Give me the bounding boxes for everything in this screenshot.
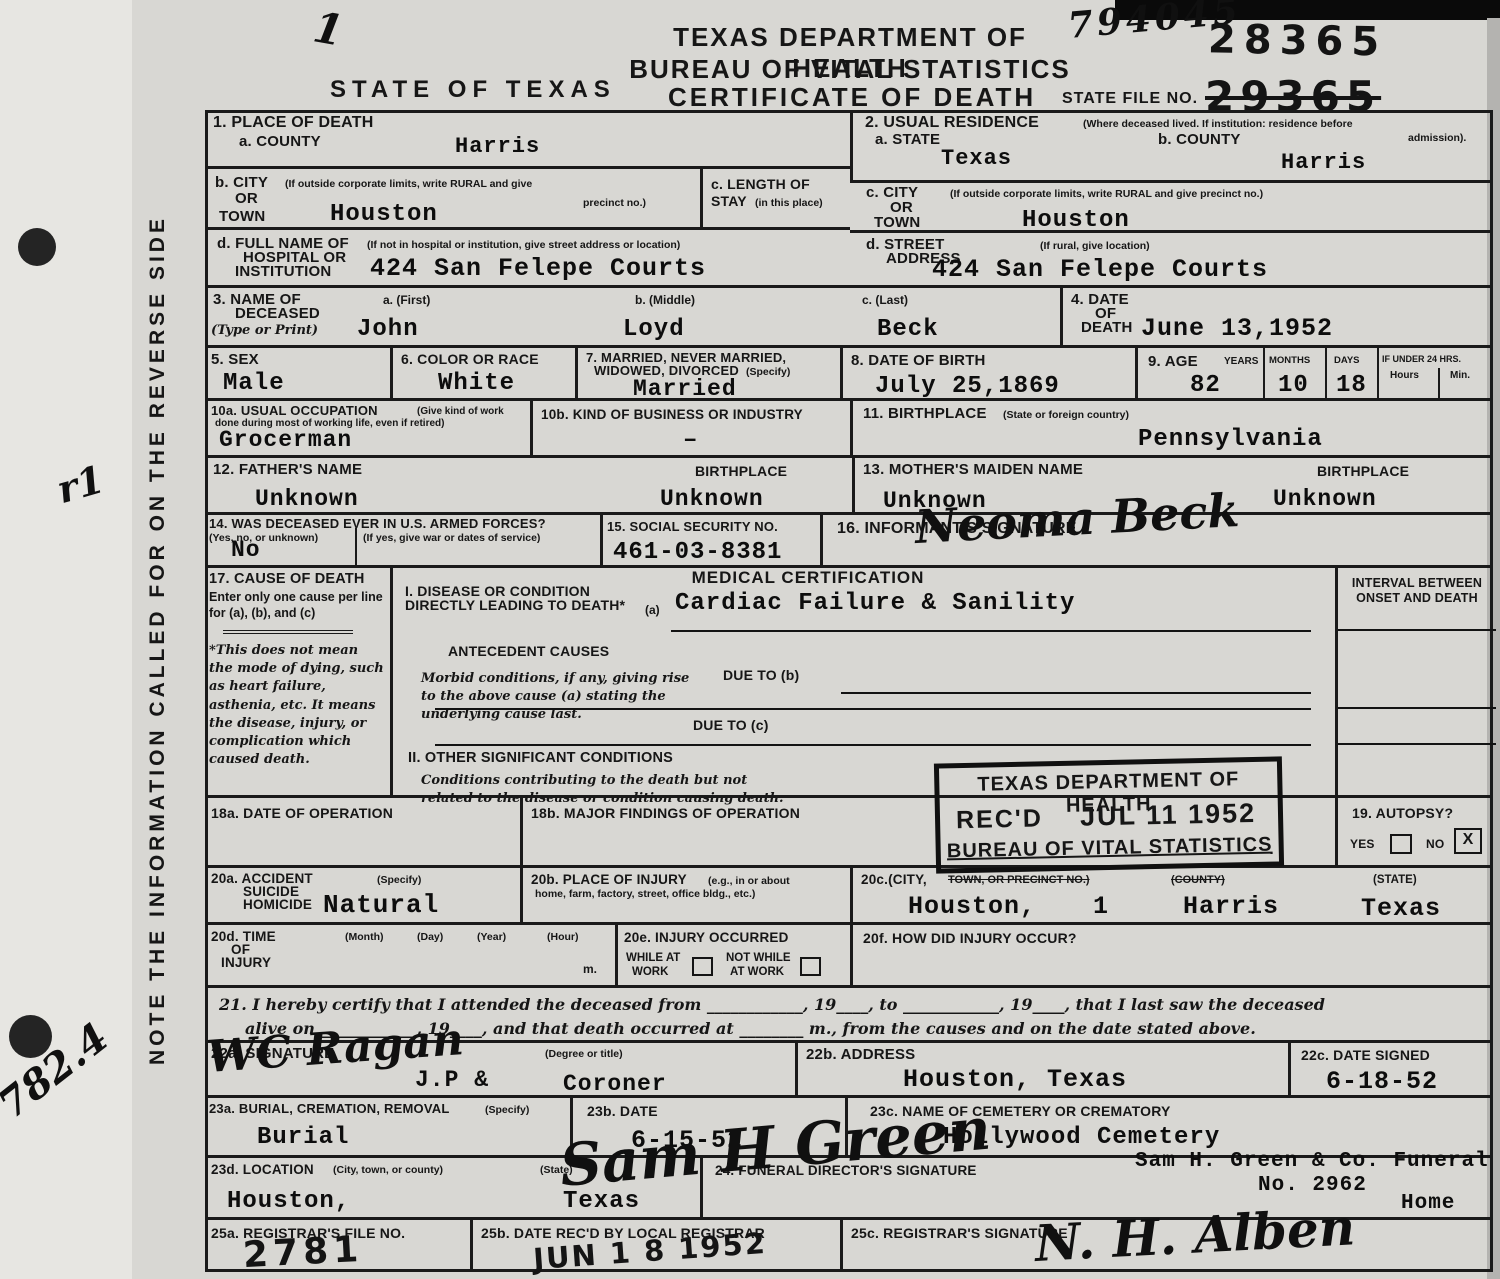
father-name-value: Unknown <box>255 486 359 512</box>
burial-type-label: 23a. BURIAL, CREMATION, REMOVAL <box>209 1102 449 1117</box>
received-stamp-recd: REC'D <box>956 804 1043 835</box>
cause-of-death-label: 17. CAUSE OF DEATH <box>209 571 365 587</box>
field-injury-occurred: 20e. INJURY OCCURRED WHILE AT WORK NOT W… <box>615 922 850 985</box>
residence-state-value: Texas <box>941 146 1012 171</box>
field-residence-city: c. CITY (If outside corporate limits, wr… <box>850 180 1493 230</box>
interval-label1: INTERVAL BETWEEN <box>1338 576 1496 590</box>
field-street-address: d. STREET ADDRESS (If rural, give locati… <box>850 230 1493 285</box>
age-hours-label: Hours <box>1390 370 1419 382</box>
divider <box>1263 348 1265 401</box>
field-registrar-file-no: 25a. REGISTRAR'S FILE NO. 2781 <box>205 1217 470 1272</box>
usual-residence-note: (Where deceased lived. If institution: r… <box>1083 118 1353 130</box>
underline <box>841 692 1311 694</box>
injury-city-label: 20c.(CITY, <box>861 872 927 887</box>
birthplace-value: Pennsylvania <box>1138 426 1323 453</box>
race-value: White <box>438 370 515 397</box>
armed-forces-note: (Yes, no, or unknown) <box>209 532 318 544</box>
place-of-injury-label: 20b. PLACE OF INJURY <box>531 872 687 887</box>
cause-note1: Enter only one cause per line for (a), (… <box>209 589 385 622</box>
date-of-death-value: June 13,1952 <box>1141 314 1333 343</box>
industry-label: 10b. KIND OF BUSINESS OR INDUSTRY <box>541 407 803 422</box>
place-of-death-title: 1. PLACE OF DEATH <box>213 114 373 132</box>
field-autopsy: 19. AUTOPSY? YES NO X <box>1335 795 1493 865</box>
city-note2: precinct no.) <box>583 197 646 209</box>
city-note: (If outside corporate limits, write RURA… <box>285 178 532 190</box>
occupation-note: (Give kind of work <box>417 406 504 418</box>
field-city-of-death: b. CITY (If outside corporate limits, wr… <box>205 166 700 227</box>
field-physician-address: 22b. ADDRESS Houston, Texas <box>795 1040 1288 1095</box>
city-or: OR <box>235 191 258 208</box>
field-how-injury-occurred: 20f. HOW DID INJURY OCCUR? <box>850 922 1493 985</box>
street-address-value: 424 San Felepe Courts <box>932 255 1268 284</box>
divider <box>1438 368 1440 401</box>
age-years-value: 82 <box>1190 372 1221 399</box>
burial-location-city-value: Houston, <box>227 1188 350 1215</box>
middle-name-label: b. (Middle) <box>635 294 695 308</box>
accident-note: (Specify) <box>377 874 421 886</box>
degree-or-title-note: (Degree or title) <box>545 1048 623 1060</box>
field-length-of-stay: c. LENGTH OF STAY (in this place) <box>700 166 850 227</box>
injury-year-label: (Year) <box>477 931 506 943</box>
injury-county-value: Harris <box>1183 892 1279 921</box>
underline <box>1338 707 1496 709</box>
marital-note: (Specify) <box>746 366 790 378</box>
occupation-value: Grocerman <box>219 427 352 453</box>
coroner-typed: Coroner <box>563 1071 667 1097</box>
funeral-home-typed3: Home <box>1401 1192 1455 1215</box>
header-state-of-texas: STATE OF TEXAS <box>330 76 616 104</box>
field-injury-location: 20c.(CITY, TOWN, OR PRECINCT NO.) (COUNT… <box>850 865 1493 922</box>
handwritten-page-mark: 1 <box>310 2 347 55</box>
place-of-injury-note2: home, farm, factory, street, office bldg… <box>535 888 755 900</box>
residence-county-value: Harris <box>1281 150 1366 175</box>
autopsy-yes-label: YES <box>1350 838 1375 851</box>
injury-hour-label: (Hour) <box>547 931 579 943</box>
underline <box>1338 743 1496 745</box>
burial-type-note: (Specify) <box>485 1104 529 1116</box>
disease-label2: DIRECTLY LEADING TO DEATH* <box>405 598 625 614</box>
age-months-label: MONTHS <box>1269 356 1310 367</box>
ssn-label: 15. SOCIAL SECURITY NO. <box>607 520 778 535</box>
residence-city-note: (If outside corporate limits, write RURA… <box>950 188 1263 200</box>
divider <box>223 630 353 634</box>
received-stamp-line3: BUREAU OF VITAL STATISTICS <box>940 833 1278 863</box>
mother-name-label: 13. MOTHER'S MAIDEN NAME <box>863 462 1083 479</box>
autopsy-no-x-mark: X <box>1463 831 1474 848</box>
field-occupation: 10a. USUAL OCCUPATION (Give kind of work… <box>205 398 530 455</box>
father-birthplace-value: Unknown <box>660 486 764 512</box>
place-of-injury-note: (e.g., in or about <box>708 875 790 887</box>
punch-hole <box>18 228 56 266</box>
registrar-file-no-value: 2781 <box>242 1229 364 1276</box>
header-certificate-title: CERTIFICATE OF DEATH <box>668 82 1036 113</box>
age-years-label: YEARS <box>1224 356 1258 368</box>
injury-m-label: m. <box>583 963 597 977</box>
industry-value: – <box>683 427 698 454</box>
age-label: 9. AGE <box>1148 354 1198 371</box>
age-days-label: DAYS <box>1334 356 1360 367</box>
certification-line1: 21. I hereby certify that I attended the… <box>219 994 1325 1016</box>
burial-location-label: 23d. LOCATION <box>211 1162 314 1177</box>
county-value: Harris <box>455 134 540 159</box>
due-to-b-label: DUE TO (b) <box>723 668 799 684</box>
field-date-signed: 22c. DATE SIGNED 6-18-52 <box>1288 1040 1493 1095</box>
while-at-work-label2: WORK <box>632 966 668 979</box>
field-marital-status: 7. MARRIED, NEVER MARRIED, WIDOWED, DIVO… <box>575 345 840 398</box>
field-interval-onset-death: INTERVAL BETWEEN ONSET AND DEATH <box>1335 565 1493 795</box>
time-of-injury-label3: INJURY <box>221 955 271 970</box>
age-under-label: IF UNDER 24 HRS. <box>1382 354 1461 364</box>
field-armed-forces: 14. WAS DECEASED EVER IN U.S. ARMED FORC… <box>205 512 600 565</box>
injury-state-label: (STATE) <box>1373 874 1417 887</box>
not-while-at-work-checkbox <box>800 957 821 976</box>
field-ssn: 15. SOCIAL SECURITY NO. 461-03-8381 <box>600 512 820 565</box>
injury-county-label: (COUNTY) <box>1171 874 1225 887</box>
residence-county-label: b. COUNTY <box>1158 132 1241 149</box>
field-industry: 10b. KIND OF BUSINESS OR INDUSTRY – <box>530 398 850 455</box>
other-conditions-label: II. OTHER SIGNIFICANT CONDITIONS <box>408 750 673 766</box>
injury-day-label: (Day) <box>417 931 443 943</box>
antecedent-causes-note: Morbid conditions, if any, giving rise t… <box>421 670 701 725</box>
field-birthplace: 11. BIRTHPLACE (State or foreign country… <box>850 398 1493 455</box>
age-days-value: 18 <box>1336 372 1367 399</box>
field-place-of-injury: 20b. PLACE OF INJURY (e.g., in or about … <box>520 865 850 922</box>
last-name-label: c. (Last) <box>862 294 908 308</box>
reverse-side-note: NOTE THE INFORMATION CALLED FOR ON THE R… <box>146 145 190 1135</box>
deceased-title3: (Type or Print) <box>211 322 318 340</box>
usual-residence-title: 2. USUAL RESIDENCE <box>865 114 1039 132</box>
usual-residence-note2: admission). <box>1408 132 1466 144</box>
first-name-value: John <box>357 316 419 343</box>
homicide-label: HOMICIDE <box>243 897 312 912</box>
sex-label: 5. SEX <box>211 352 259 369</box>
date-of-birth-label: 8. DATE OF BIRTH <box>851 353 986 370</box>
how-injury-occurred-label: 20f. HOW DID INJURY OCCUR? <box>863 931 1077 947</box>
injury-precinct-value: 1 <box>1093 892 1109 921</box>
death-certificate-scan: NOTE THE INFORMATION CALLED FOR ON THE R… <box>0 0 1500 1279</box>
date-of-operation-label: 18a. DATE OF OPERATION <box>211 806 393 822</box>
mother-birthplace-value: Unknown <box>1273 486 1377 512</box>
field-date-of-death: 4. DATE OF DEATH June 13,1952 <box>1060 285 1493 345</box>
not-while-at-work-label2: AT WORK <box>730 966 784 979</box>
while-at-work-label: WHILE AT <box>626 952 680 965</box>
length-of-stay-label: c. LENGTH OF <box>711 177 810 193</box>
injury-precinct-label-struck: TOWN, OR PRECINCT NO.) <box>948 874 1090 887</box>
hospital-value: 424 San Felepe Courts <box>370 254 706 283</box>
length-of-stay-note: (in this place) <box>755 197 823 209</box>
date-signed-value: 6-18-52 <box>1326 1067 1438 1096</box>
sex-value: Male <box>223 370 285 397</box>
physician-address-value: Houston, Texas <box>903 1065 1127 1094</box>
autopsy-no-label: NO <box>1426 838 1444 851</box>
while-at-work-checkbox <box>692 957 713 976</box>
field-race: 6. COLOR OR RACE White <box>390 345 575 398</box>
field-date-of-birth: 8. DATE OF BIRTH July 25,1869 <box>840 345 1135 398</box>
city-value: Houston <box>330 201 438 228</box>
first-name-label: a. (First) <box>383 294 430 308</box>
injury-month-label: (Month) <box>345 931 383 943</box>
field-date-of-operation: 18a. DATE OF OPERATION <box>205 795 520 865</box>
physician-address-label: 22b. ADDRESS <box>806 1047 915 1064</box>
father-name-label: 12. FATHER'S NAME <box>213 462 362 479</box>
field-age: 9. AGE YEARS 82 MONTHS 10 DAYS 18 IF UND… <box>1135 345 1493 398</box>
divider <box>1325 348 1327 401</box>
cause-note2: *This does not mean the mode of dying, s… <box>209 642 386 769</box>
occupation-label: 10a. USUAL OCCUPATION <box>211 404 378 419</box>
autopsy-no-checkbox: X <box>1454 828 1482 854</box>
interval-label2: ONSET AND DEATH <box>1338 591 1496 605</box>
field-burial-type: 23a. BURIAL, CREMATION, REMOVAL (Specify… <box>205 1095 570 1155</box>
field-hospital-name: d. FULL NAME OF HOSPITAL OR INSTITUTION … <box>205 227 850 285</box>
hospital-label3: INSTITUTION <box>235 264 331 281</box>
field-date-received: 25b. DATE REC'D BY LOCAL REGISTRAR JUN 1… <box>470 1217 840 1272</box>
burial-date-label: 23b. DATE <box>587 1104 658 1120</box>
last-name-value: Beck <box>877 316 939 343</box>
operation-findings-label: 18b. MAJOR FINDINGS OF OPERATION <box>531 806 800 822</box>
divider <box>1377 348 1379 401</box>
race-label: 6. COLOR OR RACE <box>401 352 539 368</box>
date-signed-label: 22c. DATE SIGNED <box>1301 1048 1430 1064</box>
residence-state-label: a. STATE <box>875 132 940 149</box>
mother-birthplace-label: BIRTHPLACE <box>1317 464 1409 480</box>
field-name-of-deceased: 3. NAME OF DECEASED (Type or Print) a. (… <box>205 285 1060 345</box>
medical-certification-title: MEDICAL CERTIFICATION <box>648 568 968 587</box>
date-of-birth-value: July 25,1869 <box>875 373 1060 400</box>
burial-type-value: Burial <box>257 1124 349 1151</box>
accident-value: Natural <box>323 890 439 920</box>
funeral-home-typed2: No. 2962 <box>1258 1174 1367 1197</box>
burial-location-note: (City, town, or county) <box>333 1164 443 1176</box>
street-address-note: (If rural, give location) <box>1040 240 1150 252</box>
received-stamp: TEXAS DEPARTMENT OF HEALTH REC'D JUL 11 … <box>934 756 1284 873</box>
autopsy-label: 19. AUTOPSY? <box>1352 806 1453 822</box>
birthplace-label: 11. BIRTHPLACE <box>863 406 987 423</box>
birthplace-note: (State or foreign country) <box>1003 409 1129 421</box>
injury-state-value: Texas <box>1361 894 1441 923</box>
autopsy-yes-checkbox <box>1390 834 1412 854</box>
age-min-label: Min. <box>1450 370 1470 382</box>
underline <box>435 708 1311 710</box>
header-bureau: BUREAU OF VITAL STATISTICS <box>620 54 1080 85</box>
date-of-death-label3: DEATH <box>1081 320 1133 337</box>
disease-a-label: (a) <box>645 604 660 618</box>
field-place-of-death: 1. PLACE OF DEATH a. COUNTY Harris <box>205 110 850 166</box>
injury-occurred-label: 20e. INJURY OCCURRED <box>624 930 789 945</box>
received-stamp-date: JUL 11 1952 <box>1080 798 1257 833</box>
armed-forces-value: No <box>231 537 261 563</box>
field-time-of-injury: 20d. TIME OF INJURY (Month) (Day) (Year)… <box>205 922 615 985</box>
funeral-home-typed1: Sam H. Green & Co. Funeral <box>1135 1150 1489 1173</box>
ssn-value: 461-03-8381 <box>613 539 782 566</box>
antecedent-causes-label: ANTECEDENT CAUSES <box>448 644 609 660</box>
deceased-title2: DECEASED <box>235 306 320 323</box>
divider <box>355 528 357 568</box>
jp-typed: J.P & <box>415 1067 489 1093</box>
injury-city-value: Houston, <box>908 892 1036 921</box>
field-father-name: 12. FATHER'S NAME Unknown BIRTHPLACE Unk… <box>205 455 852 512</box>
underline <box>671 630 1311 632</box>
armed-forces-note2: (If yes, give war or dates of service) <box>363 532 540 544</box>
underline <box>1338 629 1496 631</box>
length-of-stay-label2: STAY <box>711 194 747 210</box>
field-accident-suicide-homicide: 20a. ACCIDENT SUICIDE HOMICIDE (Specify)… <box>205 865 520 922</box>
field-cause-of-death-notes: 17. CAUSE OF DEATH Enter only one cause … <box>205 565 390 795</box>
field-sex: 5. SEX Male <box>205 345 390 398</box>
state-file-no-label: STATE FILE NO. <box>1062 90 1198 108</box>
armed-forces-label: 14. WAS DECEASED EVER IN U.S. ARMED FORC… <box>209 517 546 532</box>
middle-name-value: Loyd <box>623 316 685 343</box>
due-to-c-label: DUE TO (c) <box>693 718 769 734</box>
city-town: TOWN <box>219 209 265 226</box>
age-months-value: 10 <box>1278 372 1309 399</box>
hospital-note: (If not in hospital or institution, give… <box>367 239 680 251</box>
father-birthplace-label: BIRTHPLACE <box>695 464 787 480</box>
not-while-at-work-label: NOT WHILE <box>726 952 791 965</box>
field-usual-residence: 2. USUAL RESIDENCE (Where deceased lived… <box>850 110 1493 180</box>
disease-a-value: Cardiac Failure & Sanility <box>675 590 1075 617</box>
underline <box>435 744 1311 746</box>
county-label: a. COUNTY <box>239 134 321 151</box>
stamped-serial-number: 28365 <box>1208 16 1388 65</box>
